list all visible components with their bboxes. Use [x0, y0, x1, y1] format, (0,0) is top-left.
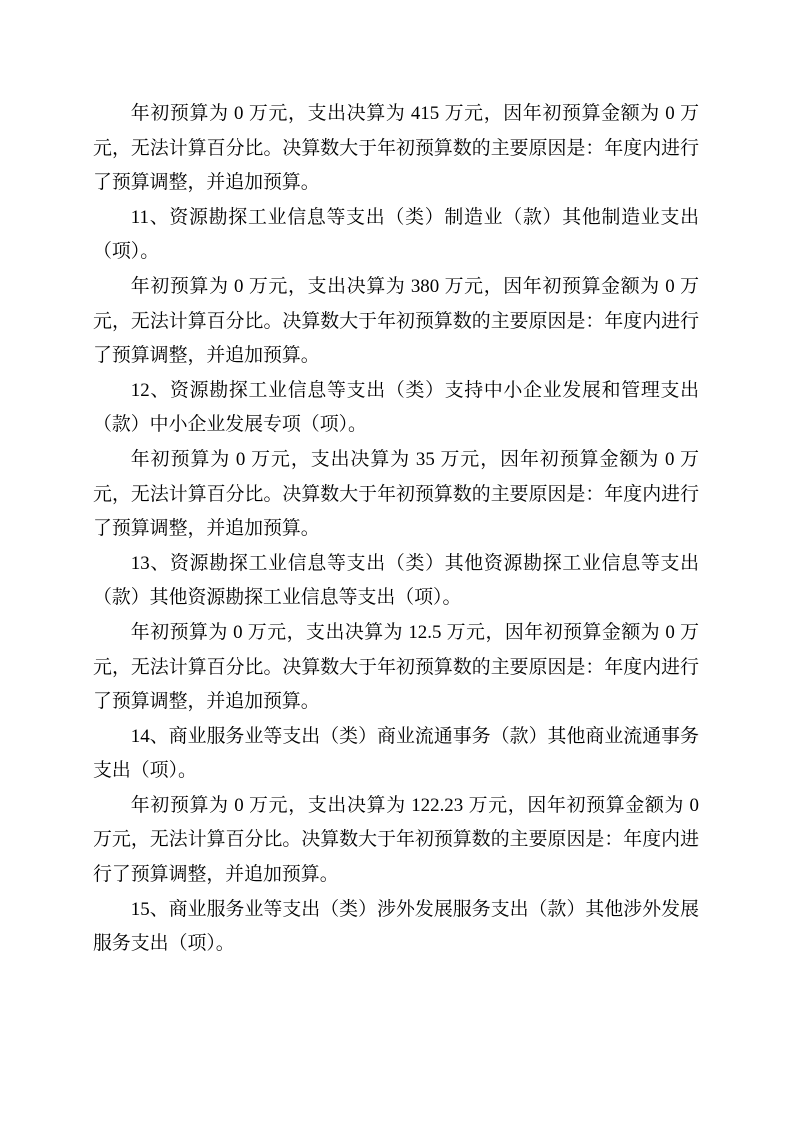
paragraph-item-14-note: 年初预算为 0 万元，支出决算为 122.23 万元，因年初预算金额为 0 万元…	[93, 789, 699, 893]
paragraph-item-15-heading: 15、商业服务业等支出（类）涉外发展服务支出（款）其他涉外发展服务支出（项）。	[93, 893, 699, 962]
paragraph-item-13-note: 年初预算为 0 万元，支出决算为 12.5 万元，因年初预算金额为 0 万元，无…	[93, 616, 699, 720]
paragraph-item-12-heading: 12、资源勘探工业信息等支出（类）支持中小企业发展和管理支出（款）中小企业发展专…	[93, 374, 699, 443]
paragraph-item-13-heading: 13、资源勘探工业信息等支出（类）其他资源勘探工业信息等支出（款）其他资源勘探工…	[93, 547, 699, 616]
paragraph-item-12-note: 年初预算为 0 万元，支出决算为 35 万元，因年初预算金额为 0 万元，无法计…	[93, 443, 699, 547]
document-page: 年初预算为 0 万元，支出决算为 415 万元，因年初预算金额为 0 万元，无法…	[0, 0, 793, 1122]
paragraph-item-14-heading: 14、商业服务业等支出（类）商业流通事务（款）其他商业流通事务支出（项）。	[93, 720, 699, 789]
paragraph-item-11-heading: 11、资源勘探工业信息等支出（类）制造业（款）其他制造业支出（项）。	[93, 201, 699, 270]
paragraph-item-11-note: 年初预算为 0 万元，支出决算为 380 万元，因年初预算金额为 0 万元，无法…	[93, 270, 699, 374]
document-body: 年初预算为 0 万元，支出决算为 415 万元，因年初预算金额为 0 万元，无法…	[93, 97, 699, 962]
paragraph-item-10-note: 年初预算为 0 万元，支出决算为 415 万元，因年初预算金额为 0 万元，无法…	[93, 97, 699, 201]
